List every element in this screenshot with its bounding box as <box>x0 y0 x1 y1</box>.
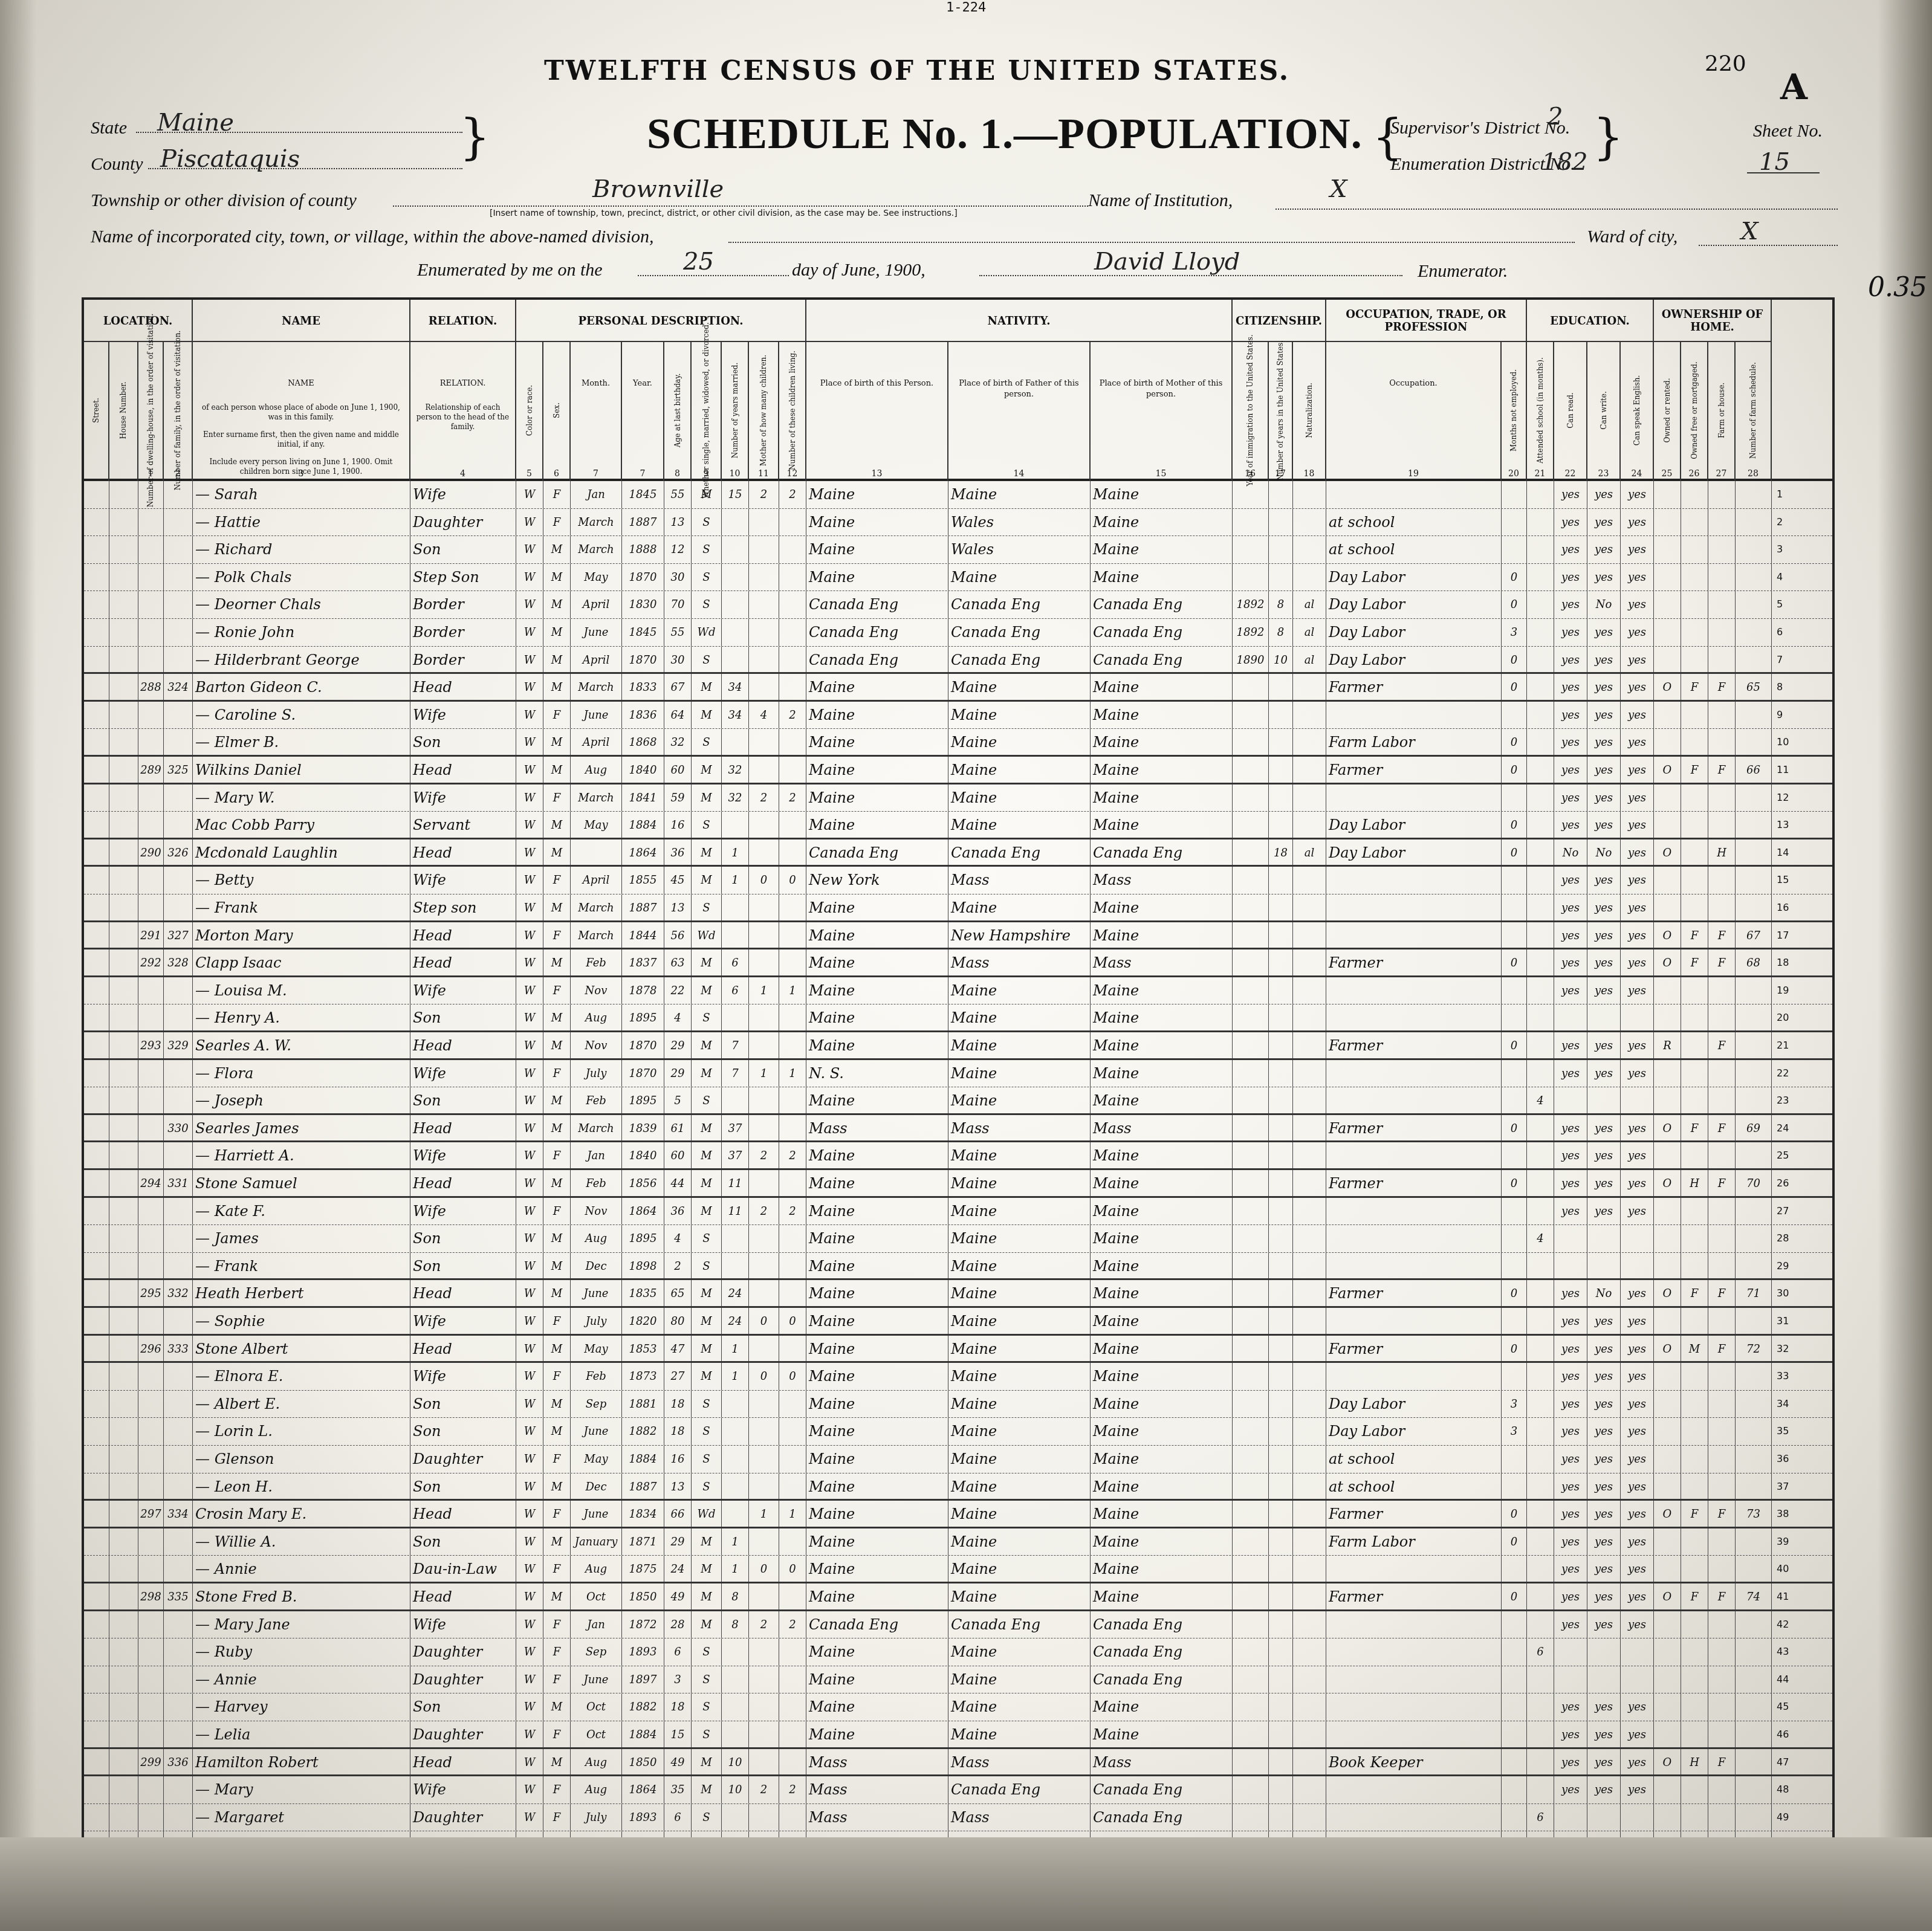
cell-fs: 68 <box>1736 949 1772 975</box>
cell-color: W <box>516 729 543 755</box>
cell-color: W <box>516 481 543 508</box>
cell-yrs <box>1269 509 1293 536</box>
cell-unemp: 0 <box>1502 729 1527 755</box>
cell-nat <box>1293 1528 1326 1556</box>
cell-fm <box>1681 1363 1708 1390</box>
cell-nat <box>1293 729 1326 755</box>
cell-unemp: 0 <box>1502 839 1527 865</box>
cell-bm: Maine <box>1091 481 1233 508</box>
cell-nat <box>1293 1363 1326 1390</box>
cell-bp: Maine <box>806 949 948 975</box>
cell-year: 1887 <box>622 509 664 536</box>
cell-sch <box>1527 1611 1554 1638</box>
cell-bp: Maine <box>806 922 948 948</box>
cell-fam <box>164 1087 193 1113</box>
cell-fam: 325 <box>164 757 193 783</box>
cell-nat <box>1293 1253 1326 1279</box>
cell-fam <box>164 1418 193 1445</box>
cell-eng <box>1621 1225 1654 1252</box>
cell-cl <box>779 1115 806 1141</box>
line-number: 7 <box>1777 654 1783 665</box>
table-row: — Elnora E.WifeWFFeb187327M100MaineMaine… <box>84 1363 1832 1391</box>
cell-ms: M <box>692 1363 722 1390</box>
header-col-imm: Year of immigration to the United States… <box>1233 342 1269 481</box>
cell-color: W <box>516 922 543 948</box>
cell-sch <box>1527 894 1554 920</box>
cell-bm: Maine <box>1091 536 1233 563</box>
cell-house <box>109 757 138 783</box>
cell-ms: S <box>692 729 722 755</box>
cell-unemp <box>1502 1749 1527 1775</box>
cell-sch <box>1527 1528 1554 1556</box>
cell-dw <box>138 647 164 673</box>
cell-unemp: 0 <box>1502 812 1527 838</box>
cell-month: May <box>571 1336 622 1362</box>
cell-sch <box>1527 702 1554 729</box>
cell-unemp: 0 <box>1502 757 1527 783</box>
cell-age: 29 <box>664 1032 692 1058</box>
cell-bm: Maine <box>1091 1142 1233 1168</box>
cell-yrs <box>1269 1776 1293 1803</box>
cell-bf: Wales <box>948 509 1091 536</box>
line-number: 11 <box>1777 764 1789 775</box>
cell-write: yes <box>1587 1749 1621 1775</box>
cell-read: yes <box>1554 1749 1587 1775</box>
cell-occ: Day Labor <box>1326 591 1502 618</box>
cell-own <box>1654 867 1681 894</box>
cell-street <box>84 1638 109 1666</box>
header-col-own: Owned or rented.25 <box>1654 342 1681 481</box>
line-number: 9 <box>1777 709 1783 720</box>
cell-color: W <box>516 1115 543 1141</box>
cell-mo <box>749 1004 779 1030</box>
cell-nat <box>1293 674 1326 700</box>
cell-read: yes <box>1554 1556 1587 1582</box>
cell-write: No <box>1587 839 1621 865</box>
cell-cl: 1 <box>779 1060 806 1087</box>
cell-fam <box>164 1391 193 1418</box>
cell-fs <box>1736 894 1772 920</box>
cell-street <box>84 1032 109 1058</box>
cell-age: 13 <box>664 894 692 920</box>
cell-own: O <box>1654 1170 1681 1196</box>
cell-sex: M <box>543 839 571 865</box>
cell-sex: M <box>543 674 571 700</box>
cell-imm <box>1233 949 1269 975</box>
cell-unemp: 0 <box>1502 1336 1527 1362</box>
cell-bp: Maine <box>806 1721 948 1747</box>
cell-fh <box>1708 1528 1736 1556</box>
cell-unemp: 3 <box>1502 619 1527 646</box>
header-col-ms: Whether single, married, widowed, or div… <box>692 342 722 481</box>
header-col-street: Street. <box>84 342 109 481</box>
cell-ms: S <box>692 1804 722 1831</box>
cell-fm: F <box>1681 922 1708 948</box>
cell-write: yes <box>1587 509 1621 536</box>
cell-fm <box>1681 481 1708 508</box>
cell-rel: Wife <box>410 481 516 508</box>
cell-fh <box>1708 1611 1736 1638</box>
table-row: — FloraWifeWFJuly187029M711N. S.MaineMai… <box>84 1060 1832 1088</box>
cell-read: yes <box>1554 1583 1587 1609</box>
cell-bp: Maine <box>806 1336 948 1362</box>
cell-ms: M <box>692 839 722 865</box>
cell-write: yes <box>1587 1583 1621 1609</box>
header-col-house: House Number. <box>109 342 138 481</box>
cell-fs <box>1736 1060 1772 1087</box>
cell-color: W <box>516 757 543 783</box>
cell-yrs <box>1269 1363 1293 1390</box>
cell-house <box>109 1611 138 1638</box>
sheet-line <box>1747 172 1820 173</box>
header-col-label: Place of birth of Father of this person. <box>952 378 1086 399</box>
cell-bm: Maine <box>1091 1528 1233 1556</box>
cell-rel: Wife <box>410 784 516 812</box>
cell-street <box>84 1418 109 1445</box>
cell-ms: M <box>692 1556 722 1582</box>
cell-nat <box>1293 1418 1326 1445</box>
cell-write: yes <box>1587 1170 1621 1196</box>
cell-fm <box>1681 1446 1708 1473</box>
header-col-number: 4 <box>410 469 515 479</box>
cell-bm: Maine <box>1091 757 1233 783</box>
cell-fs <box>1736 977 1772 1004</box>
cell-fs <box>1736 1749 1772 1775</box>
cell-mo <box>749 674 779 700</box>
cell-bm: Maine <box>1091 1308 1233 1334</box>
cell-age: 63 <box>664 949 692 975</box>
cell-imm <box>1233 1004 1269 1030</box>
cell-fam <box>164 702 193 729</box>
table-row: 290326Mcdonald LaughlinHeadWM186436M1Can… <box>84 839 1832 867</box>
cell-month: Jan <box>571 481 622 508</box>
cell-color: W <box>516 1336 543 1362</box>
cell-own <box>1654 1776 1681 1803</box>
cell-year: 1870 <box>622 1032 664 1058</box>
cell-month: Nov <box>571 1032 622 1058</box>
cell-ms: S <box>692 1446 722 1473</box>
cell-month <box>571 839 622 865</box>
cell-fm <box>1681 619 1708 646</box>
cell-month: Oct <box>571 1693 622 1721</box>
cell-occ: Farmer <box>1326 1501 1502 1527</box>
cell-color: W <box>516 1253 543 1279</box>
cell-occ: at school <box>1326 509 1502 536</box>
cell-occ: Farmer <box>1326 1336 1502 1362</box>
cell-sex: F <box>543 1721 571 1747</box>
cell-year: 1887 <box>622 1473 664 1499</box>
line-number: 2 <box>1777 516 1783 528</box>
cell-name: — Mary Jane <box>193 1611 410 1638</box>
cell-write: No <box>1587 591 1621 618</box>
cell-write <box>1587 1666 1621 1693</box>
line-number: 29 <box>1777 1260 1789 1272</box>
cell-occ: Day Labor <box>1326 1418 1502 1445</box>
cell-month: March <box>571 674 622 700</box>
cell-ym <box>722 1693 749 1721</box>
table-row: — RichardSonWMMarch188812SMaineWalesMain… <box>84 536 1832 564</box>
cell-fam <box>164 1253 193 1279</box>
cell-occ: Day Labor <box>1326 619 1502 646</box>
cell-name: Wilkins Daniel <box>193 757 410 783</box>
cell-rel: Head <box>410 1170 516 1196</box>
cell-cl <box>779 1418 806 1445</box>
cell-rel: Border <box>410 647 516 673</box>
cell-imm <box>1233 1473 1269 1499</box>
cell-dw <box>138 536 164 563</box>
cell-nat <box>1293 1721 1326 1747</box>
ward-label: Ward of city, <box>1587 227 1678 247</box>
cell-sex: F <box>543 1611 571 1638</box>
cell-age: 12 <box>664 536 692 563</box>
cell-mo: 2 <box>749 784 779 812</box>
cell-color: W <box>516 784 543 812</box>
cell-nat <box>1293 1501 1326 1527</box>
cell-own <box>1654 1004 1681 1030</box>
cell-fam <box>164 1776 193 1803</box>
cell-year: 1856 <box>622 1170 664 1196</box>
cell-dw: 292 <box>138 949 164 975</box>
table-row: — Albert E.SonWMSep188118SMaineMaineMain… <box>84 1391 1832 1418</box>
cell-ms: S <box>692 812 722 838</box>
cell-fam <box>164 1363 193 1390</box>
cell-occ <box>1326 1142 1502 1168</box>
cell-bm: Canada Eng <box>1091 1611 1233 1638</box>
cell-age: 13 <box>664 1473 692 1499</box>
cell-year: 1850 <box>622 1749 664 1775</box>
cell-eng: yes <box>1621 1363 1654 1390</box>
cell-ym <box>722 564 749 591</box>
cell-ms: M <box>692 1528 722 1556</box>
cell-color: W <box>516 867 543 894</box>
cell-cl <box>779 894 806 920</box>
header-col-number: 1 <box>138 469 163 479</box>
cell-bm: Mass <box>1091 867 1233 894</box>
cell-dw <box>138 1473 164 1499</box>
cell-bp: Canada Eng <box>806 591 948 618</box>
cell-rel: Son <box>410 1225 516 1252</box>
cell-bf: Maine <box>948 812 1091 838</box>
cell-write: yes <box>1587 1446 1621 1473</box>
cell-imm <box>1233 1528 1269 1556</box>
table-row: — Ronie JohnBorderWMJune184555WdCanada E… <box>84 619 1832 647</box>
cell-fh: F <box>1708 949 1736 975</box>
cell-bm: Maine <box>1091 894 1233 920</box>
cell-fm <box>1681 591 1708 618</box>
cell-unemp: 0 <box>1502 647 1527 673</box>
cell-sch: 6 <box>1527 1804 1554 1831</box>
cell-own <box>1654 1666 1681 1693</box>
cell-cl <box>779 1473 806 1499</box>
cell-month: March <box>571 894 622 920</box>
table-header: LOCATION.NAMERELATION.PERSONAL DESCRIPTI… <box>84 300 1832 481</box>
cell-write: yes <box>1587 1776 1621 1803</box>
header-col-dw: Number of dwelling-house, in the order o… <box>138 342 164 481</box>
cell-write: yes <box>1587 619 1621 646</box>
cell-fam <box>164 1528 193 1556</box>
cell-year: 1853 <box>622 1336 664 1362</box>
cell-name: — Betty <box>193 867 410 894</box>
cell-bm: Canada Eng <box>1091 1804 1233 1831</box>
cell-eng: yes <box>1621 757 1654 783</box>
cell-ym: 32 <box>722 784 749 812</box>
supervisor-label: Supervisor's District No. <box>1390 118 1570 138</box>
line-number: 35 <box>1777 1425 1789 1437</box>
cell-age: 18 <box>664 1418 692 1445</box>
cell-occ: Day Labor <box>1326 564 1502 591</box>
cell-mo <box>749 1583 779 1609</box>
cell-yrs <box>1269 1528 1293 1556</box>
cell-sch <box>1527 1749 1554 1775</box>
cell-cl <box>779 1638 806 1666</box>
cell-write: yes <box>1587 757 1621 783</box>
cell-sex: M <box>543 1225 571 1252</box>
cell-mo: 2 <box>749 1198 779 1225</box>
header-col-label: Street. <box>92 398 100 423</box>
cell-sex: F <box>543 1501 571 1527</box>
form-header: 1-224 TWELFTH CENSUS OF THE UNITED STATE… <box>0 0 1932 290</box>
cell-ms: M <box>692 1198 722 1225</box>
cell-age: 45 <box>664 867 692 894</box>
cell-imm: 1892 <box>1233 619 1269 646</box>
header-col-fs: Number of farm schedule.28 <box>1736 342 1772 481</box>
cell-occ: Farm Labor <box>1326 1528 1502 1556</box>
cell-month: July <box>571 1308 622 1334</box>
cell-bf: New Hampshire <box>948 922 1091 948</box>
cell-fh <box>1708 1060 1736 1087</box>
cell-ms: M <box>692 784 722 812</box>
cell-ms: M <box>692 1611 722 1638</box>
cell-ms: M <box>692 481 722 508</box>
cell-name: — Deorner Chals <box>193 591 410 618</box>
cell-bm: Maine <box>1091 1501 1233 1527</box>
cell-year: 1830 <box>622 591 664 618</box>
cell-occ <box>1326 1087 1502 1113</box>
cell-bp: Canada Eng <box>806 839 948 865</box>
cell-fs <box>1736 1253 1772 1279</box>
cell-rel: Wife <box>410 702 516 729</box>
cell-name: — Albert E. <box>193 1391 410 1418</box>
cell-imm <box>1233 729 1269 755</box>
cell-bp: Mass <box>806 1115 948 1141</box>
cell-bf: Maine <box>948 1556 1091 1582</box>
header-group-label: EDUCATION. <box>1527 300 1653 342</box>
cell-street <box>84 564 109 591</box>
cell-cl <box>779 1804 806 1831</box>
cell-yrs <box>1269 977 1293 1004</box>
line-number: 4 <box>1777 571 1783 583</box>
cell-cl: 0 <box>779 1308 806 1334</box>
cell-fh <box>1708 1776 1736 1803</box>
cell-sex: M <box>543 1391 571 1418</box>
cell-bf: Mass <box>948 1804 1091 1831</box>
header-col-note: Enter surname first, then the given name… <box>196 430 406 449</box>
cell-street <box>84 1556 109 1582</box>
cell-fs <box>1736 1308 1772 1334</box>
cell-street <box>84 1060 109 1087</box>
cell-year: 1881 <box>622 1391 664 1418</box>
cell-street <box>84 1142 109 1168</box>
cell-mo <box>749 1336 779 1362</box>
cell-fs <box>1736 536 1772 563</box>
cell-fm <box>1681 1473 1708 1499</box>
cell-bp: N. S. <box>806 1060 948 1087</box>
cell-own <box>1654 1446 1681 1473</box>
cell-own: O <box>1654 1280 1681 1306</box>
line-number: 42 <box>1777 1619 1789 1630</box>
cell-cl <box>779 1749 806 1775</box>
line-number: 10 <box>1777 736 1789 748</box>
cell-nat <box>1293 1776 1326 1803</box>
cell-cl <box>779 1528 806 1556</box>
ward-value: X <box>1741 218 1758 245</box>
cell-occ <box>1326 784 1502 812</box>
cell-house <box>109 1142 138 1168</box>
cell-sch <box>1527 1308 1554 1334</box>
cell-bp: Maine <box>806 481 948 508</box>
cell-rel: Head <box>410 1749 516 1775</box>
table-row: — MaryWifeWFAug186435M1022MassCanada Eng… <box>84 1776 1832 1804</box>
cell-yrs <box>1269 1583 1293 1609</box>
cell-name: — Harriett A. <box>193 1142 410 1168</box>
cell-street <box>84 1804 109 1831</box>
cell-eng: yes <box>1621 1032 1654 1058</box>
cell-cl <box>779 1721 806 1747</box>
cell-eng: yes <box>1621 1115 1654 1141</box>
cell-age: 27 <box>664 1363 692 1390</box>
cell-fs: 67 <box>1736 922 1772 948</box>
cell-year: 1870 <box>622 564 664 591</box>
cell-imm <box>1233 1721 1269 1747</box>
header-col-number: 28 <box>1736 469 1771 479</box>
cell-street <box>84 894 109 920</box>
cell-bf: Maine <box>948 1336 1091 1362</box>
cell-house <box>109 564 138 591</box>
cell-house <box>109 1198 138 1225</box>
header-col-number: 9 <box>692 469 721 479</box>
cell-fam: 326 <box>164 839 193 865</box>
header-col-number: 12 <box>779 469 805 479</box>
cell-fm <box>1681 1004 1708 1030</box>
cell-nat <box>1293 784 1326 812</box>
cell-occ <box>1326 1804 1502 1831</box>
header-col-label: Month. <box>574 378 617 389</box>
line-number: 6 <box>1777 626 1783 638</box>
table-row: — Harriett A.WifeWFJan184060M3722MaineMa… <box>84 1142 1832 1170</box>
cell-bf: Maine <box>948 1666 1091 1693</box>
cell-nat <box>1293 949 1326 975</box>
cell-year: 1840 <box>622 757 664 783</box>
cell-fm <box>1681 812 1708 838</box>
enumerated-prefix: Enumerated by me on the <box>417 260 603 280</box>
header-col-label: Mother of how many children. <box>759 355 768 466</box>
cell-fs <box>1736 1638 1772 1666</box>
cell-year: 1887 <box>622 894 664 920</box>
cell-read: yes <box>1554 1391 1587 1418</box>
cell-dw: 299 <box>138 1749 164 1775</box>
cell-dw <box>138 1418 164 1445</box>
cell-yrs <box>1269 1693 1293 1721</box>
cell-sch <box>1527 757 1554 783</box>
line-number: 49 <box>1777 1811 1789 1823</box>
cell-street <box>84 812 109 838</box>
cell-fs <box>1736 647 1772 673</box>
cell-sex: M <box>543 647 571 673</box>
cell-nat <box>1293 1308 1326 1334</box>
cell-nat <box>1293 509 1326 536</box>
cell-nat <box>1293 1032 1326 1058</box>
cell-ms: Wd <box>692 619 722 646</box>
